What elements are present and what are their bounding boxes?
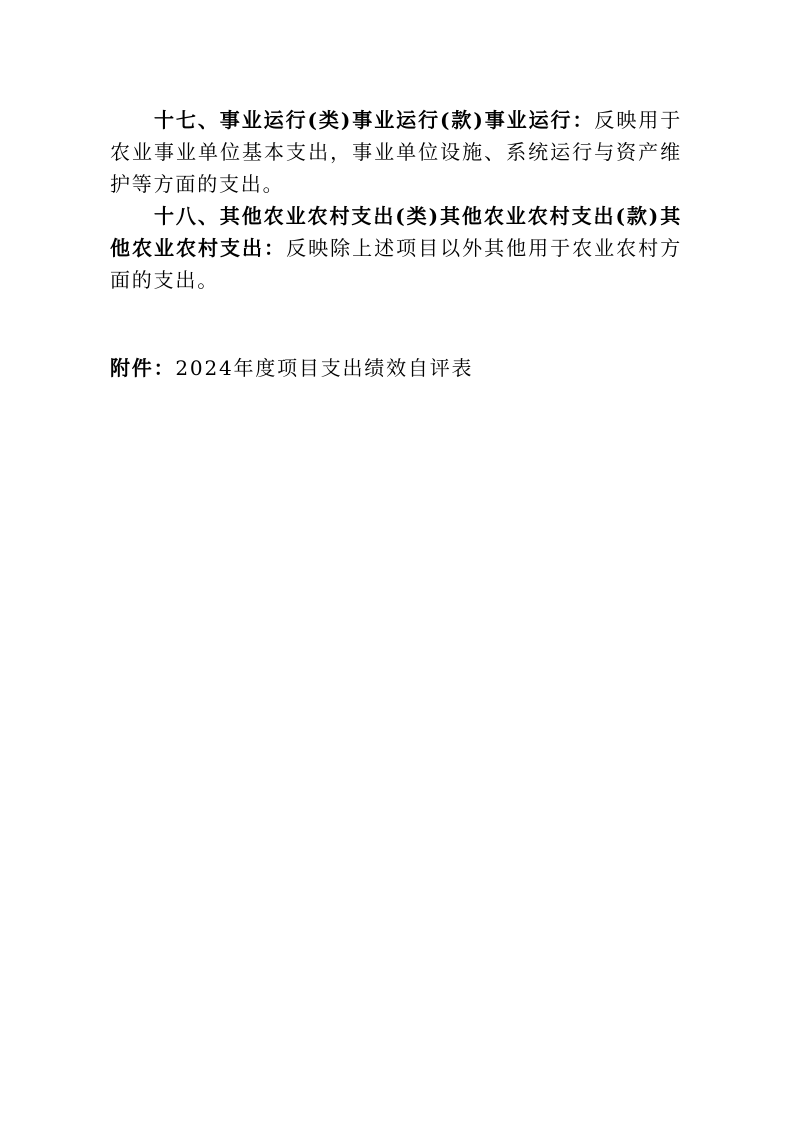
paragraph-item-17: 十七、事业运行(类)事业运行(款)事业运行：反映用于农业事业单位基本支出，事业单… xyxy=(110,104,682,200)
document-page: 十七、事业运行(类)事业运行(款)事业运行：反映用于农业事业单位基本支出，事业单… xyxy=(0,0,793,1122)
attachment-label: 附件： xyxy=(110,356,175,380)
attachment-title: 2024年度项目支出绩效自评表 xyxy=(175,356,473,380)
document-content: 十七、事业运行(类)事业运行(款)事业运行：反映用于农业事业单位基本支出，事业单… xyxy=(110,104,682,384)
attachment-line: 附件：2024年度项目支出绩效自评表 xyxy=(110,352,682,384)
paragraph-lead: 十七、事业运行(类)事业运行(款)事业运行： xyxy=(154,108,594,132)
paragraph-item-18: 十八、其他农业农村支出(类)其他农业农村支出(款)其他农业农村支出：反映除上述项… xyxy=(110,200,682,296)
